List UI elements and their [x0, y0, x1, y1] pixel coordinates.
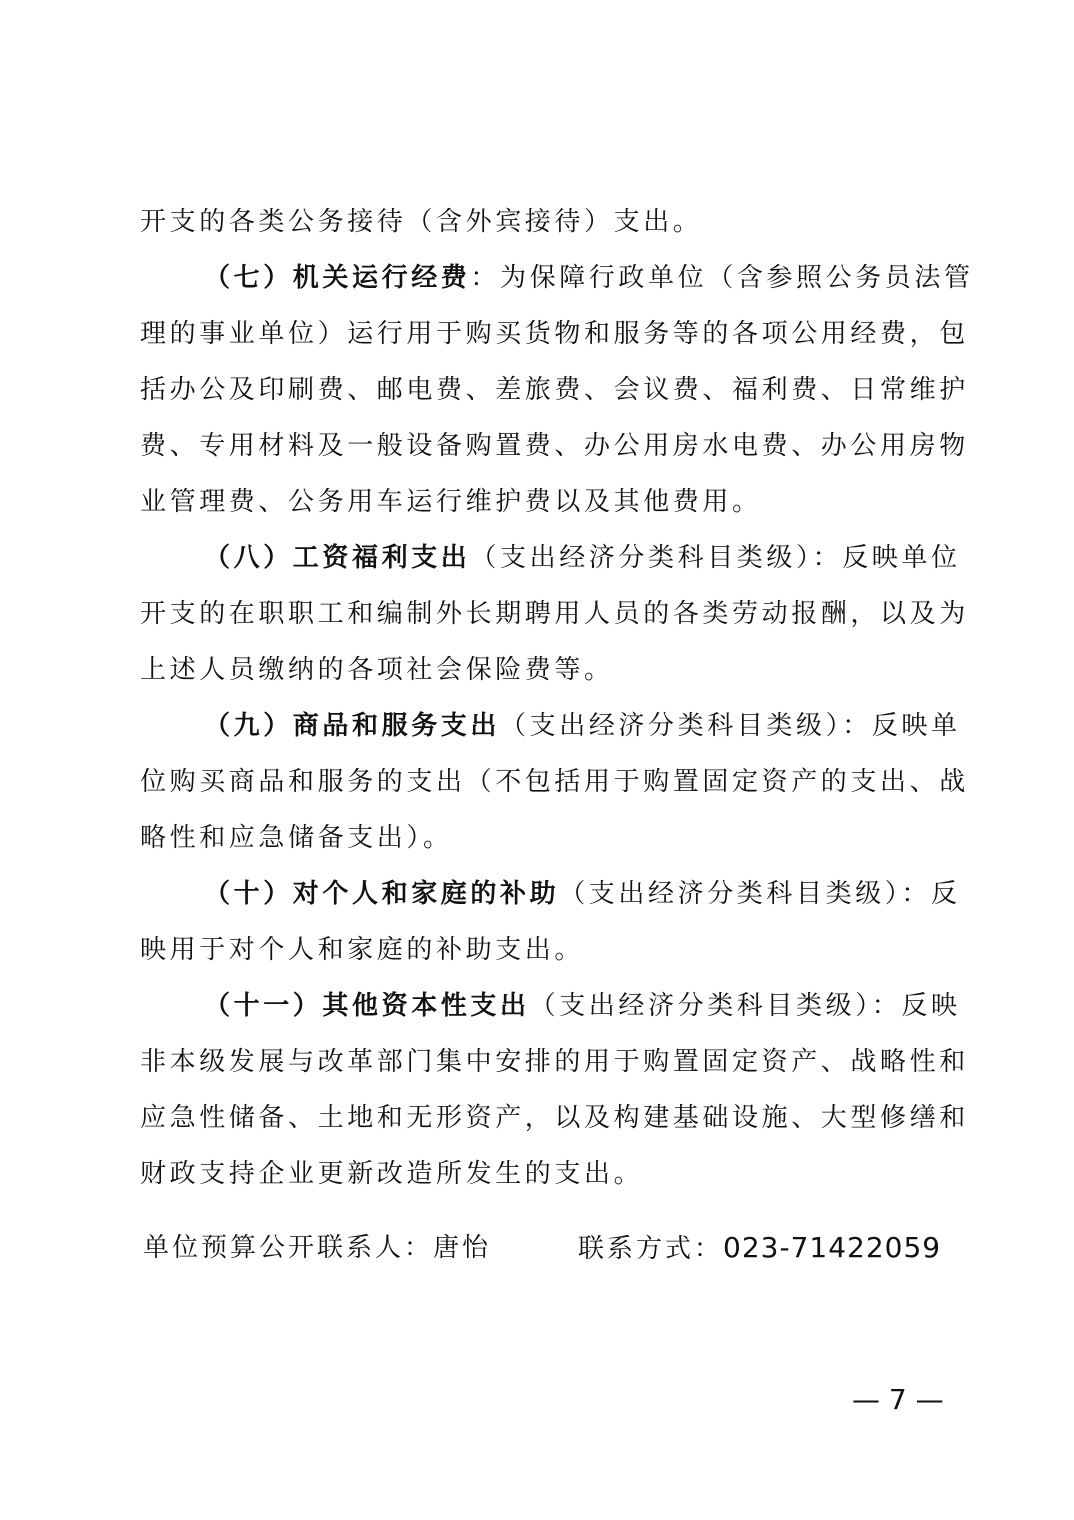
- section-heading: （七）机关运行经费: [204, 263, 470, 293]
- text: 上述人员缴纳的各项社会保险费等。: [140, 655, 614, 685]
- paragraph-line: 财政支持企业更新改造所发生的支出。: [140, 1158, 940, 1190]
- text: 财政支持企业更新改造所发生的支出。: [140, 1159, 643, 1189]
- paragraph-8-first-line: （八）工资福利支出（支出经济分类科目类级）：反映单位: [204, 542, 940, 574]
- text: 费、专用材料及一般设备购置费、办公用房水电费、办公用房物: [140, 431, 969, 461]
- text: 位购买商品和服务的支出（不包括用于购置固定资产的支出、战: [140, 767, 969, 797]
- paragraph-line: 应急性储备、土地和无形资产，以及构建基础设施、大型修缮和: [140, 1102, 940, 1134]
- text: 应急性储备、土地和无形资产，以及构建基础设施、大型修缮和: [140, 1103, 969, 1133]
- paragraph-10-first-line: （十）对个人和家庭的补助（支出经济分类科目类级）：反: [204, 878, 940, 910]
- section-heading: （九）商品和服务支出: [204, 711, 500, 741]
- page-number: — 7 —: [852, 1384, 944, 1416]
- text: 括办公及印刷费、邮电费、差旅费、会议费、福利费、日常维护: [140, 375, 969, 405]
- document-page: 开支的各类公务接待（含外宾接待）支出。 （七）机关运行经费：为保障行政单位（含参…: [0, 0, 1074, 1520]
- paragraph-9-first-line: （九）商品和服务支出（支出经济分类科目类级）：反映单: [204, 710, 940, 742]
- text: （支出经济分类科目类级）：反映: [530, 991, 961, 1021]
- text: （支出经济分类科目类级）：反映单: [500, 711, 961, 741]
- text: 略性和应急储备支出）。: [140, 823, 453, 853]
- paragraph-line: 上述人员缴纳的各项社会保险费等。: [140, 654, 940, 686]
- text: 开支的各类公务接待（含外宾接待）支出。: [140, 207, 702, 237]
- paragraph-7-first-line: （七）机关运行经费：为保障行政单位（含参照公务员法管: [204, 262, 940, 294]
- contact-phone: 023-71422059: [723, 1231, 941, 1264]
- section-heading: （十）对个人和家庭的补助: [204, 879, 559, 909]
- text: 映用于对个人和家庭的补助支出。: [140, 935, 584, 965]
- paragraph-line: 开支的在职职工和编制外长期聘用人员的各类劳动报酬，以及为: [140, 598, 940, 630]
- text: 理的事业单位）运行用于购买货物和服务等的各项公用经费，包: [140, 319, 969, 349]
- section-heading: （十一）其他资本性支出: [204, 991, 530, 1021]
- contact-method-label: 联系方式：: [578, 1234, 723, 1264]
- section-heading: （八）工资福利支出: [204, 543, 470, 573]
- text: 开支的在职职工和编制外长期聘用人员的各类劳动报酬，以及为: [140, 599, 969, 629]
- paragraph-11-first-line: （十一）其他资本性支出（支出经济分类科目类级）：反映: [204, 990, 940, 1022]
- contact-method: 联系方式：023-71422059: [578, 1232, 941, 1265]
- paragraph-line: 理的事业单位）运行用于购买货物和服务等的各项公用经费，包: [140, 318, 940, 350]
- paragraph-line: 非本级发展与改革部门集中安排的用于购置固定资产、战略性和: [140, 1046, 940, 1078]
- text: 业管理费、公务用车运行维护费以及其他费用。: [140, 487, 762, 517]
- paragraph-line: 费、专用材料及一般设备购置费、办公用房水电费、办公用房物: [140, 430, 940, 462]
- contact-person-name: 唐怡: [433, 1233, 491, 1263]
- contact-person: 单位预算公开联系人：唐怡: [143, 1232, 491, 1264]
- paragraph-line: 略性和应急储备支出）。: [140, 822, 940, 854]
- text: ：为保障行政单位（含参照公务员法管: [470, 263, 973, 293]
- paragraph-line: 开支的各类公务接待（含外宾接待）支出。: [140, 206, 940, 238]
- text: 非本级发展与改革部门集中安排的用于购置固定资产、战略性和: [140, 1047, 969, 1077]
- paragraph-line: 位购买商品和服务的支出（不包括用于购置固定资产的支出、战: [140, 766, 940, 798]
- contact-person-label: 单位预算公开联系人：: [143, 1233, 433, 1263]
- text: （支出经济分类科目类级）：反: [559, 879, 960, 909]
- paragraph-line: 映用于对个人和家庭的补助支出。: [140, 934, 940, 966]
- paragraph-line: 括办公及印刷费、邮电费、差旅费、会议费、福利费、日常维护: [140, 374, 940, 406]
- paragraph-line: 业管理费、公务用车运行维护费以及其他费用。: [140, 486, 940, 518]
- text: （支出经济分类科目类级）：反映单位: [470, 543, 960, 573]
